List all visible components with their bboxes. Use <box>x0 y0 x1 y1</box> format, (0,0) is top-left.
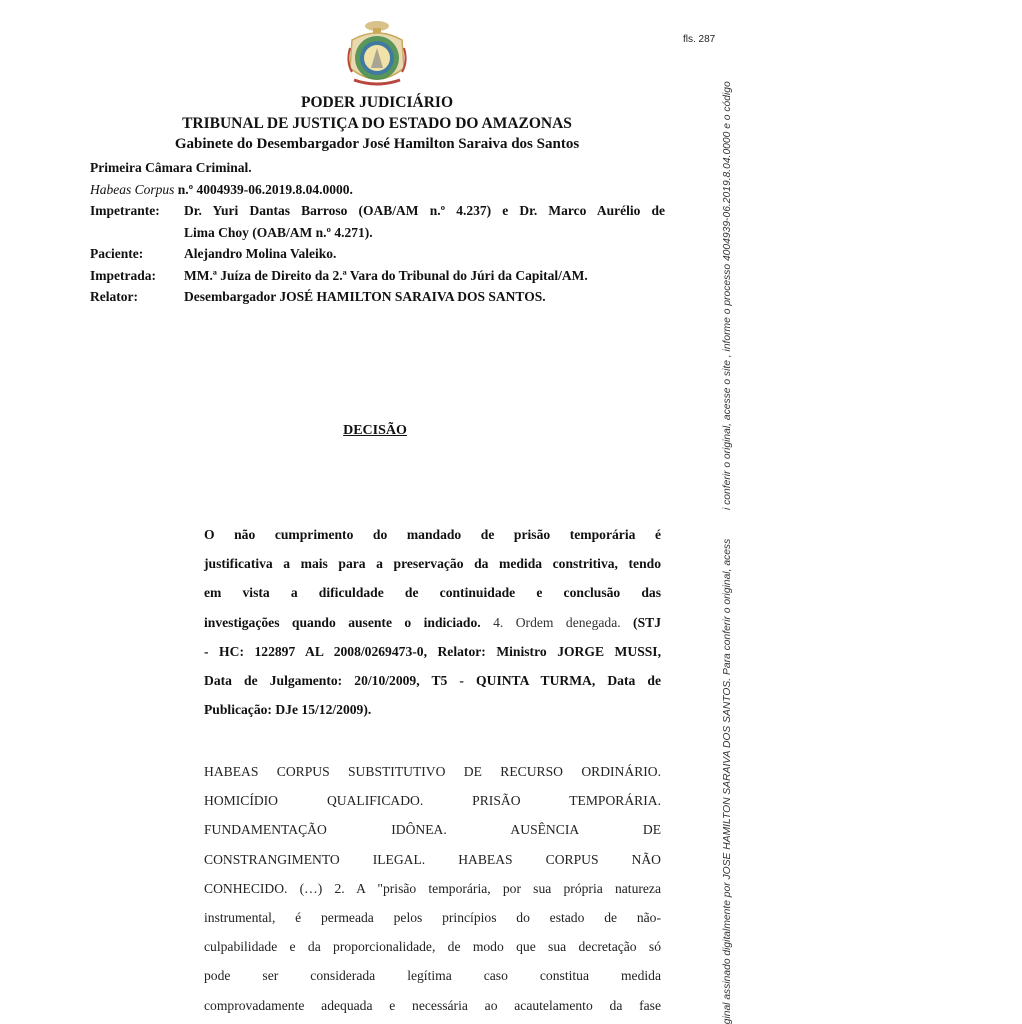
quote-line: instrumental, é permeada pelos princípio… <box>204 903 661 932</box>
quote-habeas-corpus-substitutivo: HABEAS CORPUS SUBSTITUTIVO DE RECURSO OR… <box>204 757 661 1020</box>
quote-line: Data de Julgamento: 20/10/2009, T5 - QUI… <box>204 666 661 695</box>
relator-label: Relator: <box>90 286 184 308</box>
paciente-value: Alejandro Molina Valeiko. <box>184 243 665 265</box>
quote-line: pode ser considerada legítima caso const… <box>204 961 661 990</box>
relator-value: Desembargador JOSÉ HAMILTON SARAIVA DOS … <box>184 286 665 308</box>
header-tribunal: TRIBUNAL DE JUSTIÇA DO ESTADO DO AMAZONA… <box>60 115 694 133</box>
case-metadata: Primeira Câmara Criminal. Habeas Corpus … <box>90 157 665 308</box>
quote-stj-hc-122897: O não cumprimento do mandado de prisão t… <box>204 520 661 724</box>
decision-title: DECISÃO <box>300 423 450 439</box>
impetrante-value: Dr. Yuri Dantas Barroso (OAB/AM n.º 4.23… <box>184 200 665 243</box>
impetrante-line: Dr. Yuri Dantas Barroso (OAB/AM n.º 4.23… <box>184 200 665 222</box>
quote-normal-text: 4. Ordem denegada. <box>481 615 633 630</box>
quote-bold-text: investigações quando ausente o indiciado… <box>204 615 481 630</box>
quote-line: O não cumprimento do mandado de prisão t… <box>204 520 661 549</box>
digital-signature-watermark: riginal assinado digitalmente por JOSE H… <box>722 539 733 1024</box>
quote-line: Publicação: DJe 15/12/2009). <box>204 695 661 724</box>
paciente-label: Paciente: <box>90 243 184 265</box>
header-poder-judiciario: PODER JUDICIÁRIO <box>60 94 694 112</box>
quote-line: HABEAS CORPUS SUBSTITUTIVO DE RECURSO OR… <box>204 757 661 786</box>
impetrada-row: Impetrada: MM.ª Juíza de Direito da 2.ª … <box>90 265 665 287</box>
page-number: fls. 287 <box>683 34 715 45</box>
habeas-corpus-value: n.º 4004939-06.2019.8.04.0000. <box>174 182 352 197</box>
coat-of-arms-icon <box>344 18 410 92</box>
quote-line: CONSTRANGIMENTO ILEGAL. HABEAS CORPUS NÃ… <box>204 845 661 874</box>
impetrante-line: Lima Choy (OAB/AM n.º 4.271). <box>184 222 665 244</box>
quote-line: investigações quando ausente o indiciado… <box>204 608 661 637</box>
impetrante-row: Impetrante: Dr. Yuri Dantas Barroso (OAB… <box>90 200 665 243</box>
quote-line: culpabilidade e da proporcionalidade, de… <box>204 932 661 961</box>
quote-line: HOMICÍDIO QUALIFICADO. PRISÃO TEMPORÁRIA… <box>204 786 661 815</box>
quote-bold-text: (STJ <box>633 615 661 630</box>
impetrada-label: Impetrada: <box>90 265 184 287</box>
header-gabinete: Gabinete do Desembargador José Hamilton … <box>60 136 694 153</box>
quote-line: CONHECIDO. (…) 2. A "prisão temporária, … <box>204 874 661 903</box>
quote-line: - HC: 122897 AL 2008/0269473-0, Relator:… <box>204 637 661 666</box>
impetrante-label: Impetrante: <box>90 200 184 243</box>
quote-line: em vista a dificuldade de continuidade e… <box>204 578 661 607</box>
habeas-corpus-number: Habeas Corpus n.º 4004939-06.2019.8.04.0… <box>90 179 665 201</box>
relator-row: Relator: Desembargador JOSÉ HAMILTON SAR… <box>90 286 665 308</box>
quote-line: comprovadamente adequada e necessária ao… <box>204 991 661 1020</box>
quote-line: justificativa a mais para a preservação … <box>204 549 661 578</box>
chamber: Primeira Câmara Criminal. <box>90 157 665 179</box>
quote-line: FUNDAMENTAÇÃO IDÔNEA. AUSÊNCIA DE <box>204 815 661 844</box>
impetrada-value: MM.ª Juíza de Direito da 2.ª Vara do Tri… <box>184 265 665 287</box>
paciente-row: Paciente: Alejandro Molina Valeiko. <box>90 243 665 265</box>
verification-watermark: i conferir o original, acesse o site , i… <box>722 81 733 510</box>
habeas-corpus-label: Habeas Corpus <box>90 182 174 197</box>
